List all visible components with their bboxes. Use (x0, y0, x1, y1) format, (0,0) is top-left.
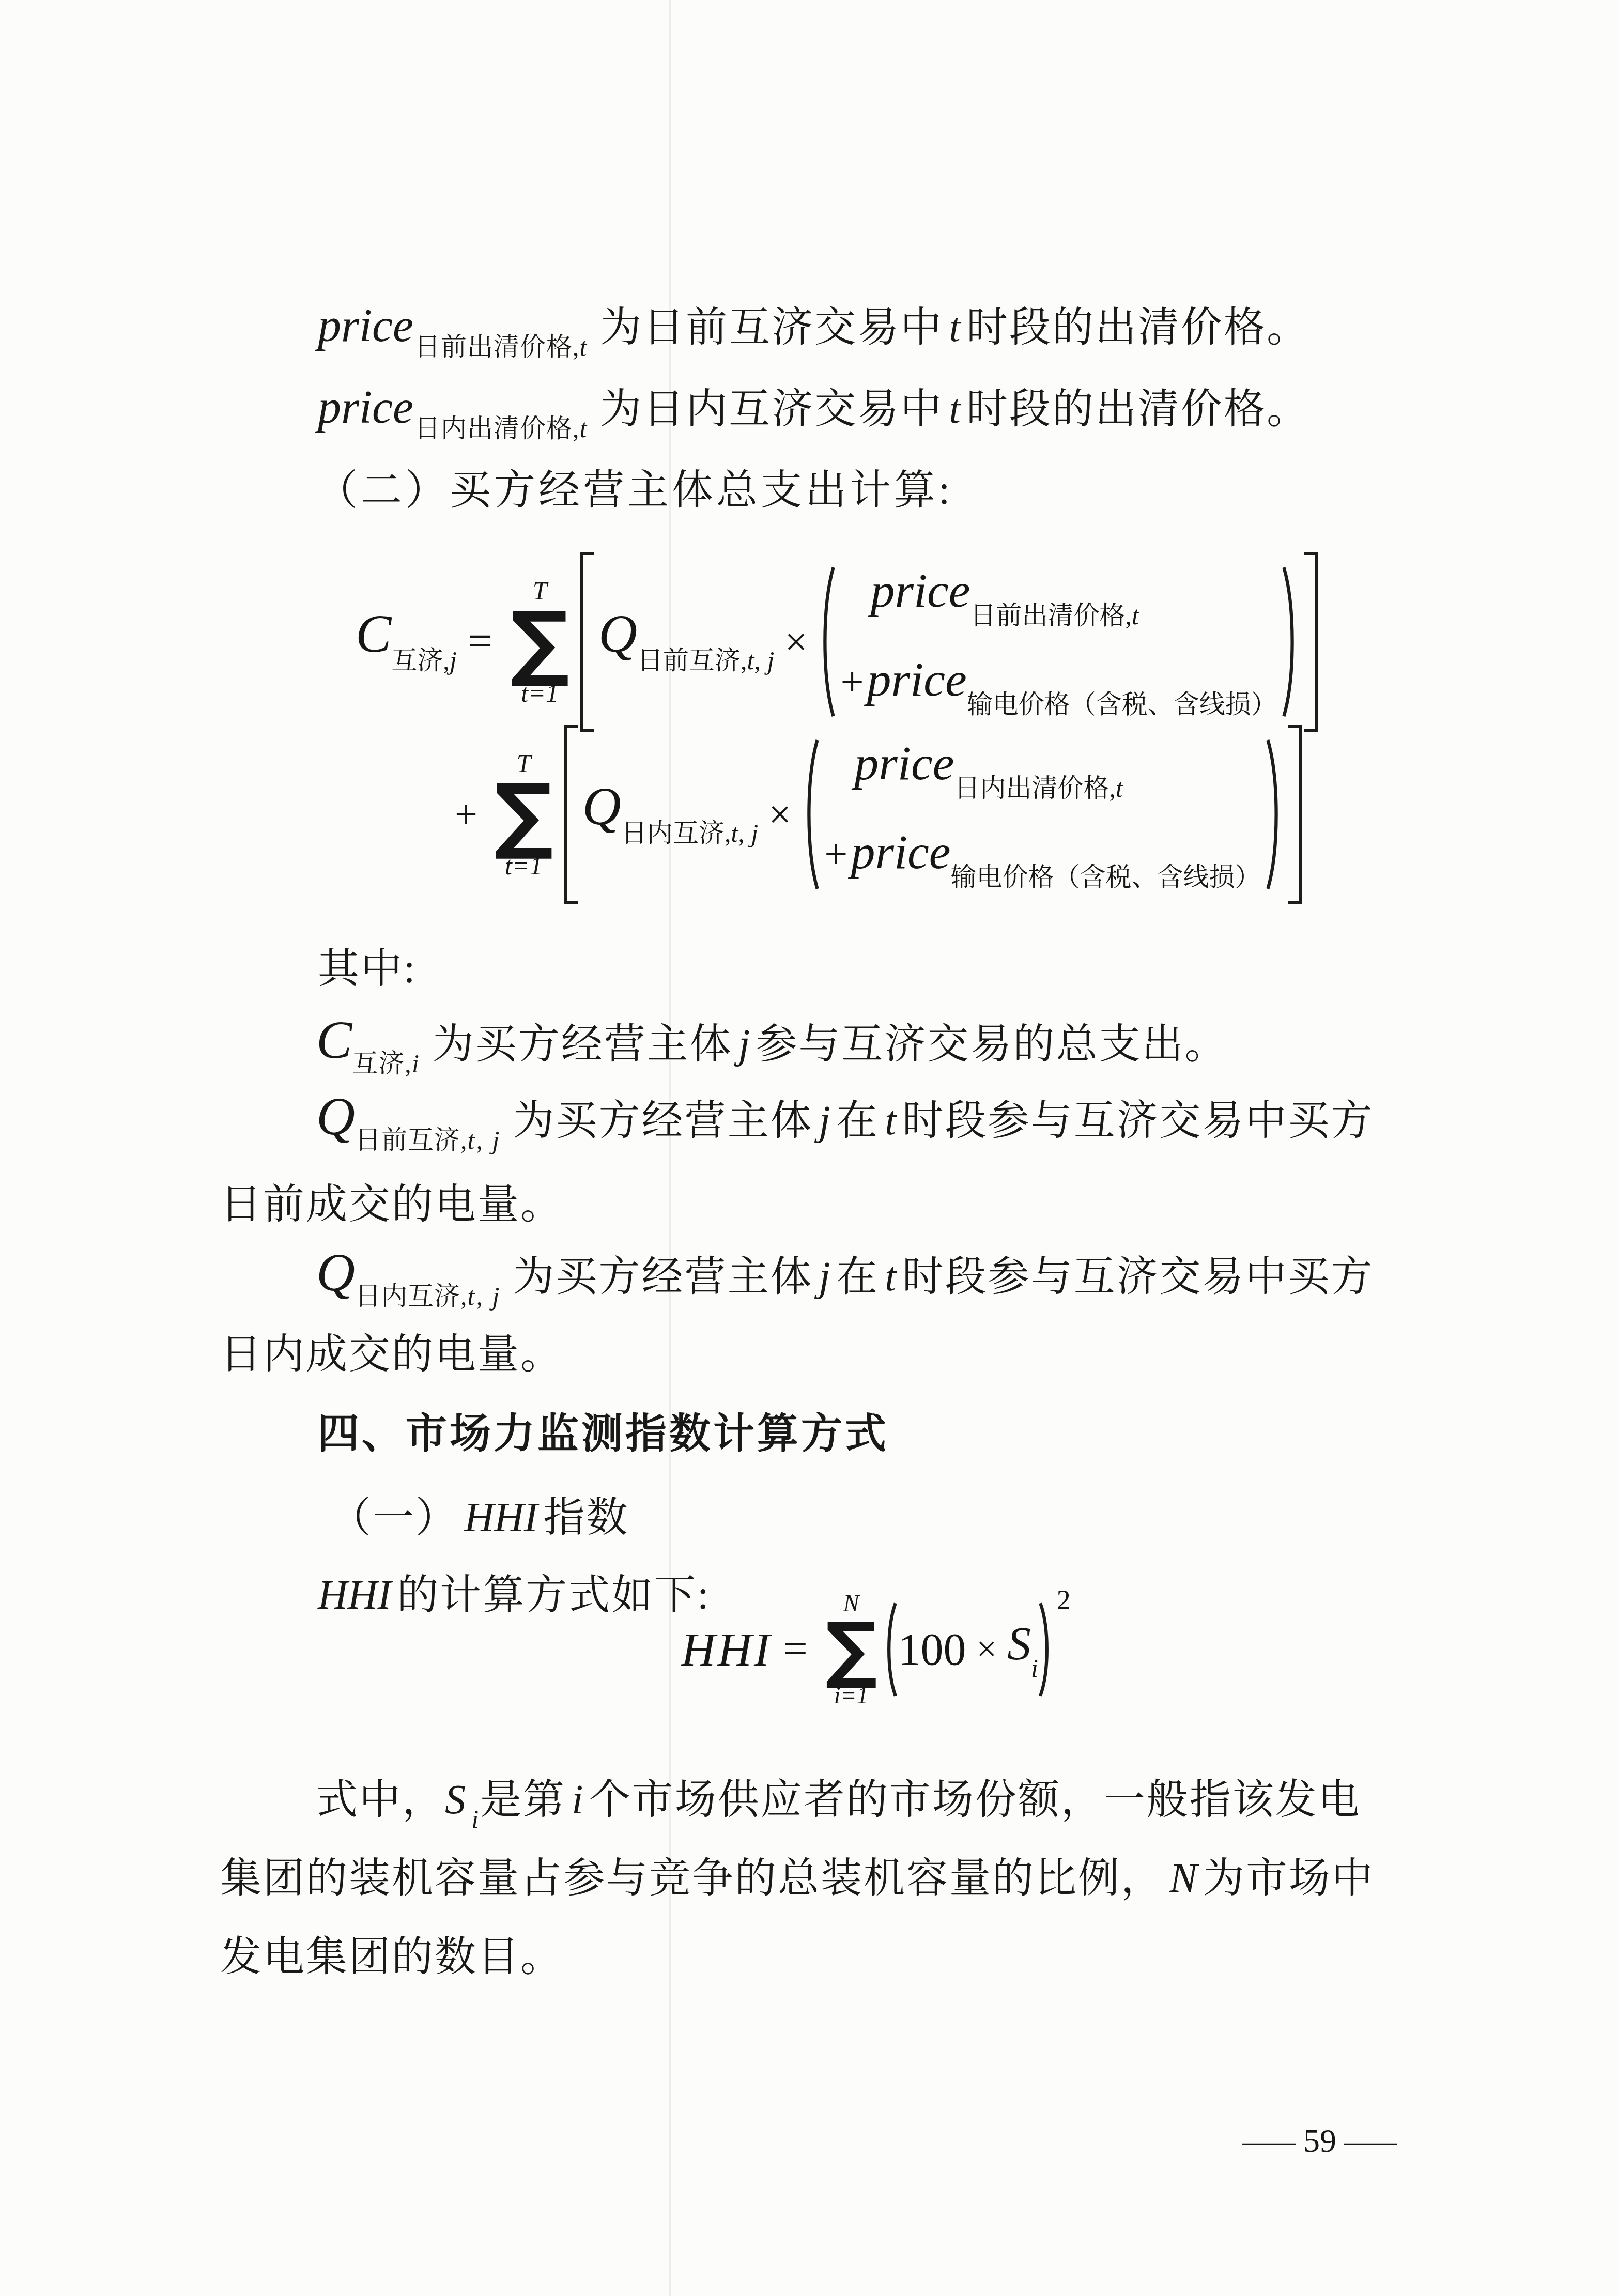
para-final-line3: 发电集团的数目。 (220, 1918, 563, 1996)
j-variable: j (819, 1254, 830, 1300)
left-bracket-shape (564, 725, 578, 904)
summation-intraday: T ∑ t=1 (494, 750, 553, 879)
right-paren-shape (1265, 738, 1284, 891)
text-segment: 时段的出清价格。 (966, 387, 1309, 432)
right-bracket-shape (1304, 552, 1318, 732)
price-subscript-t: t (1132, 601, 1139, 630)
price-subscript: 输电价格（含税、含线损） (951, 862, 1261, 891)
c-subscript-i: i (412, 1049, 421, 1078)
price-variable: price (870, 564, 970, 618)
price-row-clearing: price日内出清价格,t (854, 739, 1123, 801)
q-subscript: 日前互济, (637, 646, 747, 675)
text-segment: 是第 (480, 1777, 566, 1823)
right-paren-shape (1038, 1602, 1053, 1697)
multiply-sign: × (976, 1631, 996, 1668)
c-subscript: 互济, (352, 1049, 412, 1078)
q-term: Q日内互济,t, j (582, 780, 758, 850)
multiply-sign: × (768, 794, 791, 835)
q-subscript-tj: t, j (747, 646, 775, 675)
multiply-sign: × (784, 622, 807, 662)
page-number: — 59 — (1253, 2122, 1387, 2160)
summation-day-ahead: T ∑ t=1 (510, 578, 569, 706)
sigma-icon: ∑ (825, 1621, 877, 1678)
text-segment: 时段参与互济交易中买方 (902, 1254, 1374, 1300)
price-subscript: 日内出清价格, (954, 774, 1116, 803)
q-variable: Q (316, 1087, 355, 1146)
price-subscript-t: t (579, 332, 588, 361)
where-label: 其中: (318, 930, 417, 1008)
price-row-transmission: +price输电价格（含税、含线损） (840, 655, 1276, 717)
heading-buyer-expenditure: （二）买方经营主体总支出计算: (316, 452, 953, 529)
text-segment: （一） (330, 1495, 458, 1540)
price-subscript-t: t (1116, 774, 1123, 803)
q-variable: Q (582, 777, 621, 836)
hhi-abbreviation: HHI (318, 1573, 391, 1618)
c-subscript-j: j (450, 646, 457, 675)
text-segment: 个市场供应者的市场份额，一般指该发电 (589, 1777, 1361, 1823)
summation-suppliers: N ∑ i=1 (825, 1592, 877, 1707)
heading-hhi-index: （一）HHI指数 (330, 1479, 629, 1557)
i-variable: i (572, 1777, 583, 1823)
line-q-day-ahead-cont: 日前成交的电量。 (220, 1166, 563, 1243)
equals-sign: = (468, 620, 492, 664)
formula-c-mutual-aid-part2: + T ∑ t=1 Q日内互济,t, j × price日内出清价格,t +pr… (455, 725, 1306, 904)
para-final-line2: 集团的装机容量占参与竞争的总装机容量的比例，N为市场中 (220, 1840, 1375, 1917)
q-subscript-tj: t, j (731, 819, 758, 847)
price-row-transmission: +price输电价格（含税、含线损） (824, 828, 1260, 890)
price-sum-stack: price日内出清价格,t +price输电价格（含税、含线损） (824, 739, 1260, 890)
n-variable: N (1169, 1856, 1197, 1901)
text-segment: 在 (836, 1098, 879, 1144)
market-share-term: Si (1007, 1616, 1038, 1683)
sum-lower-limit: t=1 (505, 853, 543, 879)
plus-sign: + (824, 832, 847, 877)
c-variable: C (316, 1010, 352, 1070)
price-subscript: 日前出清价格, (414, 332, 580, 361)
text-segment: 为买方经营主体 (513, 1098, 813, 1144)
formula-lhs: C互济,j (356, 607, 457, 677)
text-segment: 为买方经营主体 (513, 1254, 813, 1300)
document-page: price日前出清价格,t 为日前互济交易中t时段的出清价格。 price日内出… (0, 0, 1618, 2296)
q-subscript-tj: t, j (468, 1126, 501, 1154)
line-q-intraday-cont: 日内成交的电量。 (220, 1316, 563, 1393)
q-term: Q日前互济,t, j (598, 607, 774, 677)
price-subscript-t: t (579, 414, 588, 443)
price-variable: price (318, 382, 413, 433)
text-segment: 式中， (316, 1777, 445, 1823)
q-subscript: 日前互济, (355, 1126, 468, 1154)
text-segment: 在 (836, 1254, 879, 1300)
s-variable: S (445, 1777, 466, 1823)
price-variable: price (318, 300, 413, 351)
equals-sign: = (783, 1628, 808, 1671)
j-variable: j (738, 1022, 750, 1067)
hhi-intro-line: HHI的计算方式如下: (318, 1557, 711, 1634)
price-variable: price (867, 653, 967, 706)
s-subscript-i: i (471, 1805, 480, 1833)
price-sum-stack: price日前出清价格,t +price输电价格（含税、含线损） (840, 566, 1276, 717)
price-variable: price (851, 825, 950, 879)
left-paren-shape (883, 1602, 898, 1697)
text-segment: 时段的出清价格。 (966, 305, 1309, 350)
price-variable: price (854, 736, 954, 790)
left-paren-shape (802, 738, 820, 891)
price-subscript: 日前出清价格, (970, 601, 1132, 630)
plus-sign: + (840, 659, 864, 705)
text-segment: 为日前互济交易中 (600, 305, 943, 350)
s-subscript-i: i (1031, 1654, 1038, 1683)
page-number-value: 59 (1303, 2122, 1336, 2160)
price-subscript: 日内出清价格, (414, 414, 580, 443)
t-variable: t (885, 1098, 896, 1144)
hhi-abbreviation: HHI (464, 1495, 537, 1540)
exponent-2: 2 (1057, 1584, 1071, 1616)
left-paren-shape (818, 565, 836, 718)
t-variable: t (949, 387, 961, 432)
formula-c-mutual-aid-part1: C互济,j = T ∑ t=1 Q日前互济,t, j × price日前出清价格… (356, 552, 1322, 732)
heading-market-power-index: 四、市场力监测指数计算方式 (318, 1395, 889, 1473)
sigma-icon: ∑ (494, 781, 553, 847)
c-subscript: 互济, (391, 646, 450, 675)
sum-lower-limit: t=1 (521, 680, 559, 706)
line-q-day-ahead: Q日前互济,t, j 为买方经营主体j在t时段参与互济交易中买方 (316, 1078, 1374, 1179)
price-row-clearing: price日前出清价格,t (870, 566, 1139, 628)
text-segment: 为市场中 (1203, 1856, 1375, 1901)
t-variable: t (949, 305, 961, 350)
q-subscript-tj: t, j (468, 1282, 501, 1311)
right-paren-shape (1281, 565, 1300, 718)
sum-lower-limit: i=1 (834, 1684, 869, 1707)
right-bracket-shape (1288, 725, 1302, 904)
q-subscript: 日内互济, (355, 1282, 468, 1311)
s-variable: S (1007, 1617, 1031, 1670)
q-variable: Q (598, 604, 637, 664)
page-number-dash-right: — (1344, 2122, 1397, 2160)
text-segment: 时段参与互济交易中买方 (902, 1098, 1374, 1144)
left-bracket-shape (580, 552, 594, 732)
plus-sign: + (455, 794, 477, 835)
hhi-lhs: HHI (681, 1622, 772, 1677)
coefficient-100: 100 (898, 1624, 966, 1676)
page-number-dash-left: — (1243, 2122, 1296, 2160)
formula-hhi: HHI = N ∑ i=1 100 × Si 2 (681, 1592, 1071, 1707)
price-subscript: 输电价格（含税、含线损） (967, 690, 1277, 719)
text-segment: 为买方经营主体 (433, 1022, 733, 1067)
text-segment: 指数 (544, 1495, 629, 1540)
text-segment: 集团的装机容量占参与竞争的总装机容量的比例， (220, 1856, 1164, 1901)
text-segment: 参与互济交易的总支出。 (756, 1022, 1227, 1067)
j-variable: j (819, 1098, 830, 1144)
q-subscript: 日内互济, (621, 819, 731, 847)
sigma-icon: ∑ (510, 609, 569, 675)
text-segment: 的计算方式如下: (397, 1573, 710, 1618)
c-variable: C (356, 604, 391, 664)
t-variable: t (885, 1254, 896, 1300)
q-variable: Q (316, 1243, 355, 1302)
text-segment: 为日内互济交易中 (600, 387, 943, 432)
